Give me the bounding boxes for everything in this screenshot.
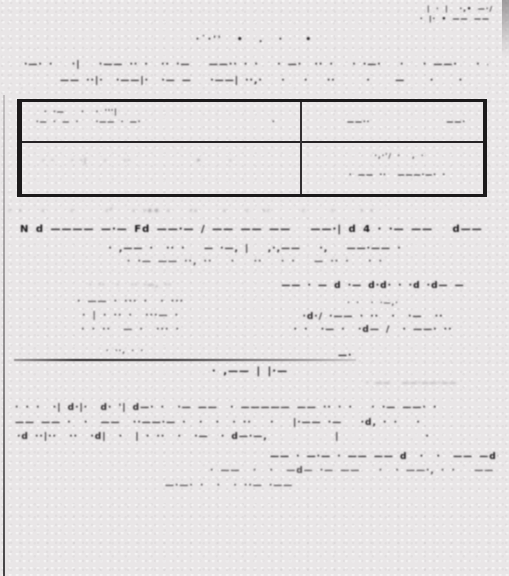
right-block-line-4: · · ·— · ·d— / · ——· ·· xyxy=(268,325,478,336)
lower-paragraph-line-1: · · · ·| d·|· d· '| d—· · ·— —— · ————— … xyxy=(15,403,493,414)
lower-paragraph-line-3: ·d ··|·· ·· ·d| · | · ·· · ·— · d—·—, | … xyxy=(17,432,489,443)
notice-center-line-2: · ·— —— ··, ·· · ·· · · — ·· · · · xyxy=(90,257,420,268)
signature-label: · ,—— | |·— xyxy=(182,366,318,377)
table-header-left-line-2: ·— · — · ·—— · —· · xyxy=(36,118,291,127)
table-body-left-line: · · · ·| · ·· • · xyxy=(42,157,292,166)
left-block-line-4: · · ·· — · ··· · xyxy=(28,325,233,336)
table-column-divider xyxy=(300,102,302,194)
form-date-line: · |· • —— —— xyxy=(385,15,490,24)
table-header-rule xyxy=(22,141,483,143)
right-block-line-1: —— · — d ·— d·d· · ·d ·d— — xyxy=(268,281,478,292)
form-number-line: | · | ·,• —·/ xyxy=(385,5,493,14)
info-table: · ·— · · '''| ·— · — · ·—— · —· · ——·· —… xyxy=(17,99,487,197)
left-block-line-2: · —— · ··· · · ··· xyxy=(28,297,233,308)
document-title: ·˙·'' • . · • xyxy=(0,35,509,46)
right-block-line-3: ·d·/ ·—— · ·· · ·— ·· xyxy=(268,312,478,323)
scan-edge-artifact-right xyxy=(502,0,509,58)
scanned-document: | · | ·,• —·/ · |· • —— —— ·˙·'' • . · •… xyxy=(0,0,509,576)
signature-line xyxy=(14,359,356,361)
lower-paragraph-line-2: —— —— · · —— ··——·— · · · · ·· · |·—— ·—… xyxy=(15,418,493,429)
table-header-left-line-1: · ·— · · '''| xyxy=(44,108,274,117)
left-block-line-1: · ·· · ·· ·—, ·· xyxy=(28,281,233,290)
table-body-right-line-2: · —— ·· ———·—· · xyxy=(315,171,480,180)
intro-line-1: ·—· · ·| ·—— ·· · ·· ·— ——·· · · · —· ··… xyxy=(24,60,488,71)
scan-edge-artifact-left xyxy=(3,95,5,576)
closing-line-2: · —— · · —d— ·— —— · · ——·, · · —— xyxy=(210,466,495,477)
notice-center-line-1: · ,—— · ·· · — ·—, | ,·,—— ·, ——·—— · xyxy=(75,244,435,255)
notice-bold-line: N d ———— —·— Fd ——·— / —— —— —— ——·| d 4… xyxy=(20,224,502,235)
table-body-right-line-1: ·,·'/ · , · xyxy=(322,152,477,161)
intro-line-2: —— ··|· ·——|· ·— — ·——| ··,· · · ·· · — … xyxy=(60,76,468,87)
notice-faint-line: · · · · ·' · ·•• · ·· · · ·· · · · · xyxy=(8,207,486,218)
right-block-line-2: · · · ·—,· xyxy=(268,299,478,308)
signature-side-note: · —— ——·——·—— xyxy=(366,379,486,388)
table-header-right-line: ——·· ——· xyxy=(347,118,487,127)
closing-line-1: —— · —·— · —— —— d · · —— —d· ·· xyxy=(270,452,498,463)
left-block-line-3: · | · ·· · ···— · xyxy=(28,311,233,322)
closing-line-3: —·—· · · · ··— ·—— xyxy=(165,481,325,492)
left-block-sub-line: · ··, · · xyxy=(70,347,180,356)
